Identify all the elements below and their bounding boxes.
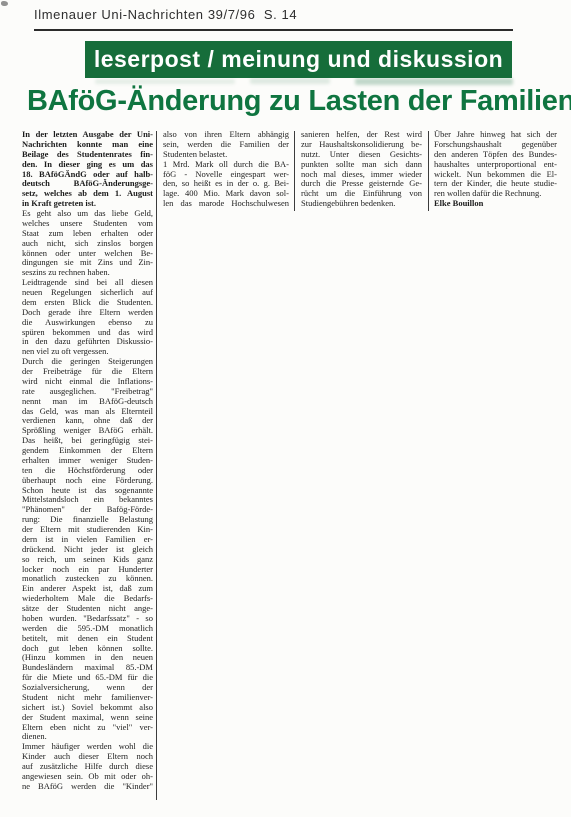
column-separator-3 (428, 131, 429, 211)
scan-artifact-speck (1, 1, 8, 6)
article-line: len das marode Hochschulwesen (163, 199, 289, 209)
article-column-4: Über Jahre hinweg hat sich derForschungs… (434, 130, 557, 209)
masthead: Ilmenauer Uni-Nachrichten 39/7/96 S. 14 (34, 7, 297, 22)
article-headline: BAföG-Änderung zu Lasten der Familien (27, 84, 567, 118)
scanned-newspaper-page: Ilmenauer Uni-Nachrichten 39/7/96 S. 14 … (0, 0, 571, 817)
section-banner-title: leserpost / meinung und diskussion (94, 46, 503, 73)
column-separator-2 (294, 131, 295, 211)
section-banner: leserpost / meinung und diskussion (85, 41, 512, 78)
author-byline: Elke Bouillon (434, 199, 557, 209)
article-column-1: In der letzten Ausgabe der Uni-Nachricht… (22, 130, 153, 792)
article-column-2: also von ihren Eltern abhängigsein, werd… (163, 130, 289, 209)
article-column-3: sanieren helfen, der Rest wirdzur Hausha… (301, 130, 422, 209)
column-separator-1 (156, 131, 157, 800)
masthead-rule (34, 29, 513, 31)
article-line: ne BAföG werden die "Kinder" (22, 782, 153, 792)
article-line: Studiengebühren bedenken. (301, 199, 422, 209)
